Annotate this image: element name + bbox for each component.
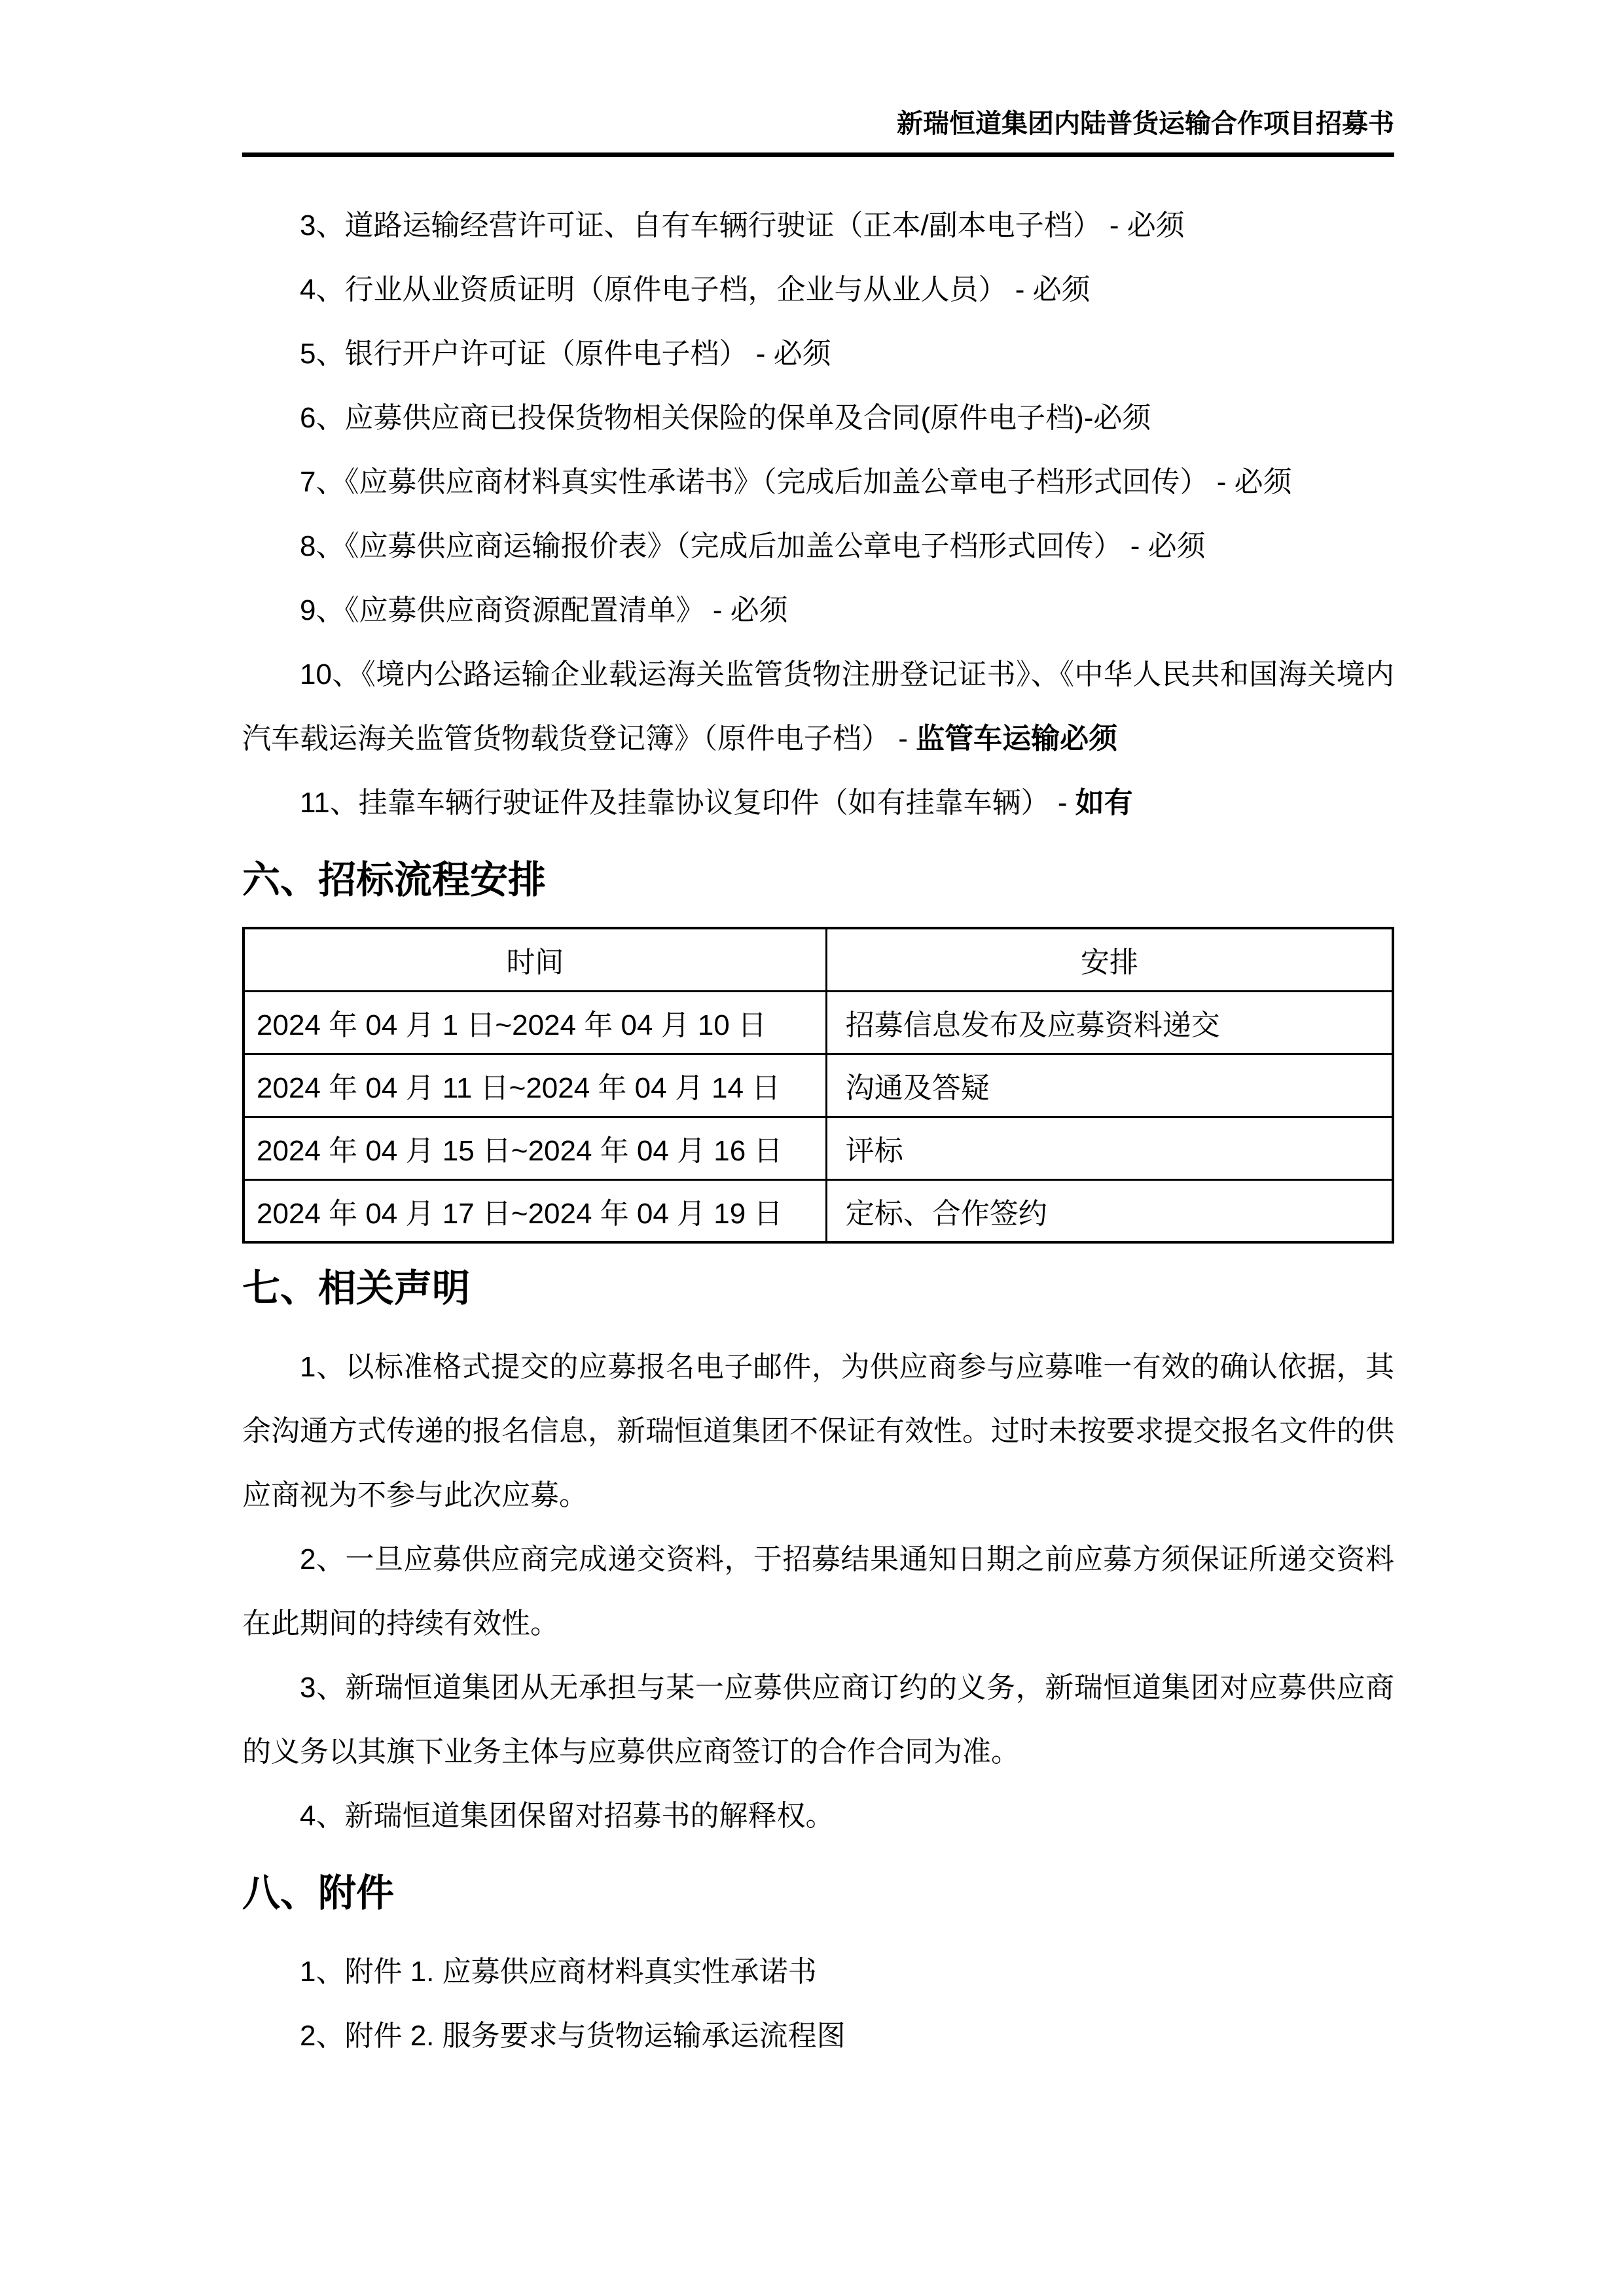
schedule-header-arrangement: 安排 [826, 928, 1393, 991]
schedule-header-time: 时间 [244, 928, 826, 991]
schedule-date-cell: 2024 年 04 月 17 日~2024 年 04 月 19 日 [244, 1179, 826, 1242]
requirement-item-text: 4、行业从业资质证明（原件电子档，企业与从业人员） - 必须 [300, 274, 1091, 306]
schedule-arrangement-cell: 定标、合作签约 [826, 1179, 1393, 1242]
requirement-item-text: 3、道路运输经营许可证、自有车辆行驶证（正本/副本电子档） - 必须 [300, 209, 1185, 242]
requirement-item-bold: 监管车运输必须 [916, 723, 1117, 755]
schedule-header-row: 时间 安排 [244, 928, 1393, 991]
section-heading-statements: 七、相关声明 [242, 1270, 1394, 1308]
statement-paragraph-1: 1、以标准格式提交的应募报名电子邮件，为供应商参与应募唯一有效的确认依据，其余沟… [242, 1335, 1394, 1528]
requirement-item-5: 5、银行开户许可证（原件电子档） - 必须 [242, 322, 1394, 386]
schedule-table: 时间 安排 2024 年 04 月 1 日~2024 年 04 月 10 日 招… [242, 927, 1394, 1244]
schedule-row: 2024 年 04 月 11 日~2024 年 04 月 14 日 沟通及答疑 [244, 1054, 1393, 1117]
requirement-item-text: 6、应募供应商已投保货物相关保险的保单及合同(原件电子档)-必须 [300, 402, 1151, 434]
document-page: 新瑞恒道集团内陆普货运输合作项目招募书 3、道路运输经营许可证、自有车辆行驶证（… [0, 0, 1624, 2296]
requirement-item-10: 10、《境内公路运输企业载运海关监管货物注册登记证书》、《中华人民共和国海关境内… [242, 643, 1394, 771]
requirement-item-text: 5、银行开户许可证（原件电子档） - 必须 [300, 338, 831, 370]
requirement-item-text: 7、《应募供应商材料真实性承诺书》（完成后加盖公章电子档形式回传） - 必须 [300, 466, 1292, 498]
schedule-row: 2024 年 04 月 15 日~2024 年 04 月 16 日 评标 [244, 1117, 1393, 1179]
statement-paragraph-4: 4、新瑞恒道集团保留对招募书的解释权。 [242, 1784, 1394, 1848]
attachment-item-1: 1、附件 1. 应募供应商材料真实性承诺书 [242, 1940, 1394, 2004]
requirement-item-text: 11、挂靠车辆行驶证件及挂靠协议复印件（如有挂靠车辆） - [300, 787, 1075, 819]
section-heading-bidding-schedule: 六、招标流程安排 [242, 861, 1394, 899]
schedule-row: 2024 年 04 月 1 日~2024 年 04 月 10 日 招募信息发布及… [244, 991, 1393, 1054]
statement-paragraph-2: 2、一旦应募供应商完成递交资料，于招募结果通知日期之前应募方须保证所递交资料在此… [242, 1528, 1394, 1656]
requirement-item-11: 11、挂靠车辆行驶证件及挂靠协议复印件（如有挂靠车辆） - 如有 [242, 771, 1394, 835]
schedule-date-cell: 2024 年 04 月 15 日~2024 年 04 月 16 日 [244, 1117, 826, 1179]
schedule-arrangement-cell: 沟通及答疑 [826, 1054, 1393, 1117]
page-header-title: 新瑞恒道集团内陆普货运输合作项目招募书 [897, 109, 1394, 138]
schedule-arrangement-cell: 评标 [826, 1117, 1393, 1179]
requirement-item-7: 7、《应募供应商材料真实性承诺书》（完成后加盖公章电子档形式回传） - 必须 [242, 450, 1394, 514]
requirement-item-6: 6、应募供应商已投保货物相关保险的保单及合同(原件电子档)-必须 [242, 386, 1394, 450]
attachment-item-2: 2、附件 2. 服务要求与货物运输承运流程图 [242, 2004, 1394, 2068]
requirement-item-4: 4、行业从业资质证明（原件电子档，企业与从业人员） - 必须 [242, 258, 1394, 322]
schedule-date-cell: 2024 年 04 月 11 日~2024 年 04 月 14 日 [244, 1054, 826, 1117]
requirement-item-text: 10、《境内公路运输企业载运海关监管货物注册登记证书》、《中华人民共和国海关境内… [242, 658, 1394, 755]
page-header: 新瑞恒道集团内陆普货运输合作项目招募书 [242, 108, 1394, 157]
statement-paragraph-3: 3、新瑞恒道集团从无承担与某一应募供应商订约的义务，新瑞恒道集团对应募供应商的义… [242, 1656, 1394, 1784]
requirement-item-text: 9、《应募供应商资源配置清单》 - 必须 [300, 594, 788, 626]
schedule-row: 2024 年 04 月 17 日~2024 年 04 月 19 日 定标、合作签… [244, 1179, 1393, 1242]
requirement-item-bold: 如有 [1075, 787, 1133, 819]
section-heading-attachments: 八、附件 [242, 1874, 1394, 1912]
requirement-item-9: 9、《应募供应商资源配置清单》 - 必须 [242, 579, 1394, 643]
requirement-item-text: 8、《应募供应商运输报价表》（完成后加盖公章电子档形式回传） - 必须 [300, 530, 1206, 562]
requirement-item-8: 8、《应募供应商运输报价表》（完成后加盖公章电子档形式回传） - 必须 [242, 514, 1394, 579]
requirements-list: 3、道路运输经营许可证、自有车辆行驶证（正本/副本电子档） - 必须 4、行业从… [242, 194, 1394, 835]
schedule-arrangement-cell: 招募信息发布及应募资料递交 [826, 991, 1393, 1054]
schedule-date-cell: 2024 年 04 月 1 日~2024 年 04 月 10 日 [244, 991, 826, 1054]
requirement-item-3: 3、道路运输经营许可证、自有车辆行驶证（正本/副本电子档） - 必须 [242, 194, 1394, 258]
